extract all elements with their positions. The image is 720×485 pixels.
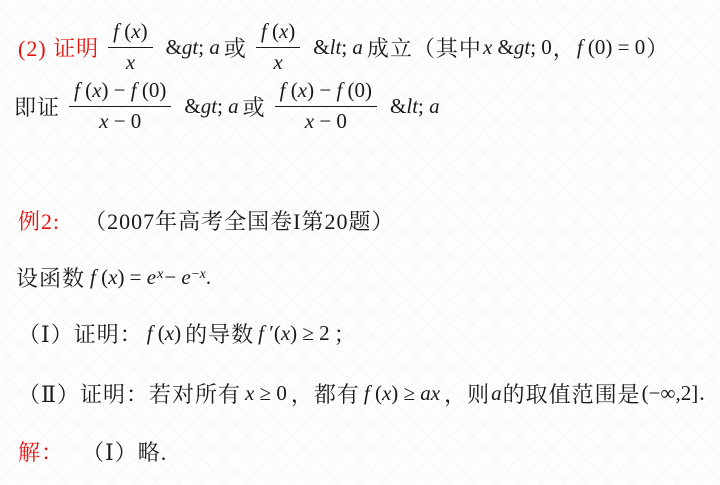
where-close: ）: [646, 32, 669, 63]
fraction-fx-over-x: f (x) x: [104, 18, 156, 76]
formula-minus-e: − e: [164, 265, 190, 289]
solution-line: 解： （Ⅰ）略.: [18, 431, 167, 471]
derivative-inequality: f ′(x) ≥ 2: [258, 321, 330, 346]
derivative-text: 的导数: [185, 318, 254, 349]
relation-gt-a: &gt; a: [166, 35, 220, 60]
example-2-heading: 例2: （2007年高考全国卷I第20题）: [18, 200, 394, 240]
inequality-fx-ge-ax: f (x) ≥ ax: [364, 381, 440, 406]
ze-text: ，则: [444, 378, 490, 409]
solution-text: （Ⅰ）略.: [82, 436, 167, 467]
fx-term: f (x): [147, 321, 181, 346]
proof-line-2: 即证 f (x) − f (0) x − 0 &gt; a 或 f (x) − …: [14, 76, 444, 136]
she-hanshu-label: 设函数: [16, 262, 85, 293]
period: .: [206, 265, 211, 289]
relation-lt-a: &lt; a: [390, 94, 440, 119]
condition-x-ge-0: x ≥ 0: [245, 381, 287, 406]
part-2-label: （Ⅱ）证明：若对所有: [18, 378, 241, 409]
solution-label: 解：: [18, 436, 64, 467]
document-page: (2) 证明 f (x) x &gt; a 或 f (x) x &lt; a 成…: [0, 0, 720, 485]
fraction-denominator: x − 0: [305, 107, 347, 135]
fraction-numerator: f (x) − f (0): [275, 77, 377, 106]
fraction-denominator: x − 0: [99, 107, 141, 135]
exponent-x: x: [157, 267, 163, 282]
where-open: （其中: [413, 32, 482, 63]
relation-lt-a: &lt; a: [313, 35, 363, 60]
condition-x-gt-0: x &gt; 0: [483, 35, 552, 60]
function-formula: f (x) = ex− e−x.: [89, 265, 211, 290]
part-1-line: （Ⅰ）证明： f (x) 的导数 f ′(x) ≥ 2 ；: [18, 313, 357, 353]
proof-line-1: (2) 证明 f (x) x &gt; a 或 f (x) x &lt; a 成…: [18, 16, 669, 78]
fraction-denominator: x: [273, 48, 282, 76]
ji-zheng-label: 即证: [14, 91, 60, 122]
condition-f0-eq-0: f (0) = 0: [577, 35, 645, 60]
fraction-difference-quotient: f (x) − f (0) x − 0: [65, 77, 175, 135]
fraction-denominator: x: [126, 48, 135, 76]
formula-head: f (x) = e: [90, 265, 156, 289]
example-label: 例2:: [18, 205, 60, 236]
douyou-text: ，都有: [291, 378, 360, 409]
fraction-fx-over-x: f (x) x: [252, 18, 304, 76]
comma: ，: [553, 32, 576, 63]
exponent-neg-x: −x: [192, 267, 206, 282]
period: .: [699, 380, 705, 406]
or-text: 或: [243, 91, 266, 122]
semicolon: ；: [334, 318, 357, 349]
or-text: 或: [224, 32, 247, 63]
function-definition-line: 设函数 f (x) = ex− e−x.: [16, 257, 215, 297]
range-interval: (−∞,2]: [642, 381, 699, 406]
part-2-line: （Ⅱ）证明：若对所有 x ≥ 0 ，都有 f (x) ≥ ax ，则 a 的取值…: [18, 373, 705, 413]
relation-gt-a: &gt; a: [184, 94, 238, 119]
part-1-label: （Ⅰ）证明：: [18, 318, 143, 349]
variable-a: a: [491, 381, 502, 406]
range-text: 的取值范围是: [503, 378, 641, 409]
item-label: (2) 证明: [18, 32, 99, 63]
fraction-numerator: f (x) − f (0): [69, 77, 171, 106]
fraction-numerator: f (x): [108, 18, 152, 47]
example-source: （2007年高考全国卷I第20题）: [84, 205, 394, 236]
holds-text: 成立: [367, 32, 413, 63]
fraction-numerator: f (x): [256, 18, 300, 47]
fraction-difference-quotient: f (x) − f (0) x − 0: [271, 77, 381, 135]
